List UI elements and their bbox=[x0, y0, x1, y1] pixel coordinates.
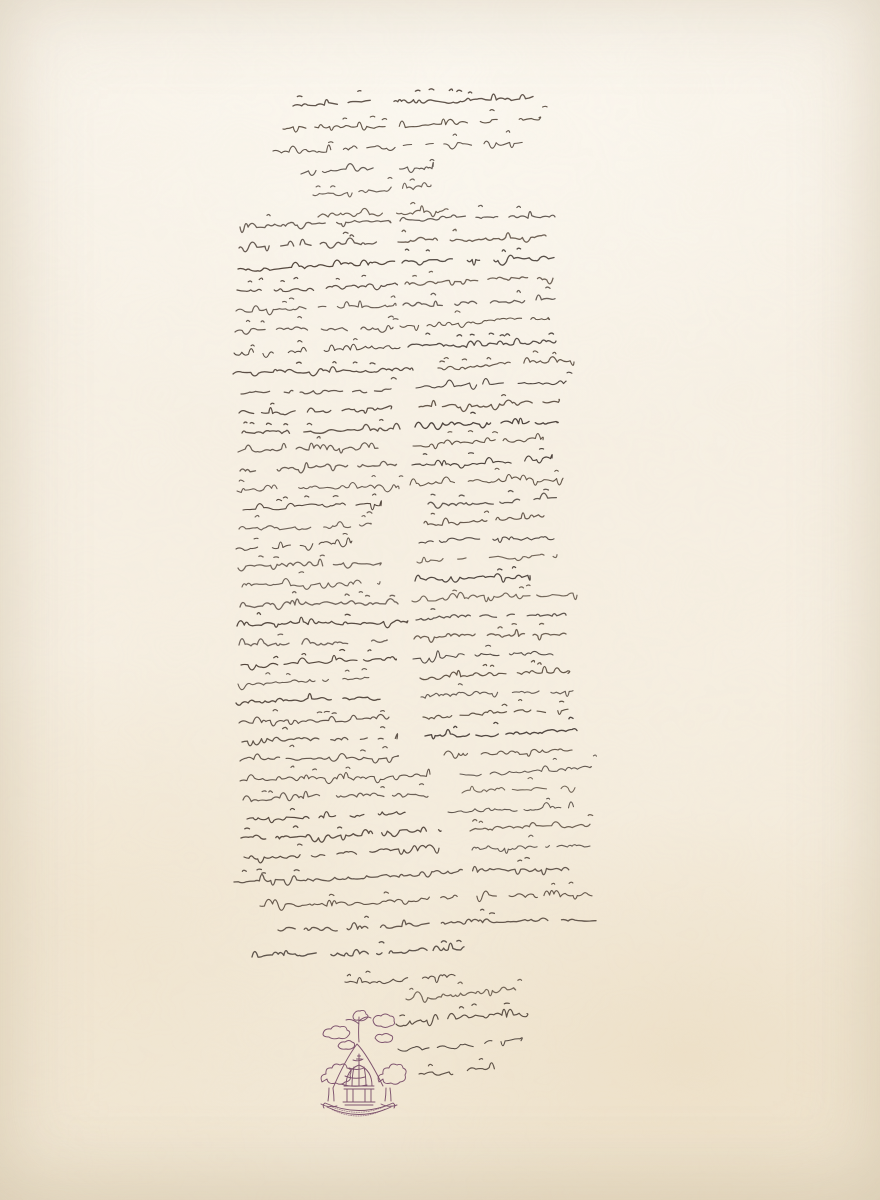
paper-fine-grain-layer bbox=[0, 0, 880, 1200]
seal-cloud-mid bbox=[338, 1041, 355, 1050]
handwriting-line bbox=[398, 229, 546, 242]
handwriting-line bbox=[260, 882, 592, 910]
handwriting-line bbox=[238, 260, 395, 271]
seal-tree-left-trunk bbox=[328, 1088, 334, 1101]
handwriting-lines bbox=[233, 89, 596, 1075]
handwriting-line bbox=[237, 613, 408, 628]
handwriting-line bbox=[438, 351, 574, 370]
seal-base-steps bbox=[343, 1102, 375, 1105]
handwriting-line bbox=[400, 311, 550, 331]
handwriting-line bbox=[414, 623, 566, 642]
handwriting-line bbox=[278, 909, 596, 931]
handwriting-line bbox=[416, 372, 572, 389]
seal-mondop-dome bbox=[346, 1065, 372, 1086]
handwriting-line bbox=[236, 296, 396, 315]
seal-mondop-ribs bbox=[352, 1066, 366, 1086]
handwriting-line bbox=[408, 333, 556, 347]
handwriting-line bbox=[283, 106, 547, 132]
handwriting-line bbox=[424, 511, 544, 525]
handwriting-line bbox=[240, 461, 397, 472]
handwriting-line bbox=[417, 554, 557, 563]
seal-tree-right-trunk bbox=[385, 1088, 391, 1101]
seal-tree-top-canopy bbox=[353, 1010, 368, 1020]
handwriting-line bbox=[240, 592, 398, 610]
handwriting-line bbox=[239, 232, 376, 251]
seal-tree-left-canopy bbox=[321, 1064, 351, 1084]
handwriting-line bbox=[420, 660, 570, 679]
handwriting-line bbox=[252, 940, 464, 957]
handwriting-line bbox=[240, 745, 398, 763]
handwriting-layer bbox=[0, 0, 880, 1200]
seal-buddha-head bbox=[358, 1090, 361, 1093]
seal-hill bbox=[333, 1044, 383, 1088]
handwriting-line bbox=[273, 131, 522, 154]
seal-banner-microtext-2 bbox=[332, 1109, 386, 1117]
seal-ground-tufts bbox=[321, 1104, 397, 1107]
handwriting-line bbox=[403, 287, 555, 306]
handwriting-line bbox=[406, 979, 522, 1002]
handwriting-line bbox=[242, 727, 398, 746]
document-description: A single aged paper page fully covered b… bbox=[0, 0, 1, 1]
handwriting-line bbox=[239, 403, 392, 415]
seal-mondop-entablature bbox=[344, 1086, 374, 1089]
seal-buddha-image bbox=[357, 1093, 362, 1100]
handwriting-line bbox=[243, 494, 381, 510]
handwriting-line bbox=[239, 710, 389, 726]
handwriting-line bbox=[236, 694, 380, 706]
paper-grain-texture bbox=[0, 0, 880, 1200]
handwriting-line bbox=[244, 844, 439, 863]
handwriting-line bbox=[396, 1003, 528, 1026]
handwriting-line bbox=[237, 275, 397, 291]
handwriting-line bbox=[419, 537, 554, 543]
handwriting-line bbox=[313, 178, 431, 197]
handwriting-line bbox=[318, 202, 448, 217]
handwriting-line bbox=[241, 377, 396, 394]
handwriting-line bbox=[412, 449, 552, 469]
handwriting-line bbox=[237, 476, 403, 493]
handwriting-line bbox=[444, 749, 572, 758]
seal-mondop-spire bbox=[357, 1054, 362, 1065]
temple-seal-stamp bbox=[321, 1010, 406, 1116]
paper-blotch-layer bbox=[0, 0, 880, 1200]
handwriting-line bbox=[423, 700, 568, 720]
seal-cloud-left bbox=[323, 1026, 350, 1039]
handwriting-line bbox=[472, 835, 590, 853]
handwriting-line bbox=[293, 89, 533, 106]
handwriting-line bbox=[412, 585, 577, 602]
handwriting-line bbox=[413, 645, 553, 663]
seal-tree-top bbox=[346, 1017, 371, 1042]
handwriting-line bbox=[239, 512, 372, 530]
seal-cloud-right bbox=[373, 1014, 395, 1028]
seal-mondop-columns bbox=[347, 1089, 371, 1102]
handwriting-line bbox=[234, 857, 569, 885]
handwriting-line bbox=[242, 572, 380, 590]
handwriting-line bbox=[400, 205, 555, 221]
handwriting-line bbox=[241, 826, 441, 842]
handwriting-line bbox=[405, 271, 553, 285]
handwriting-line bbox=[242, 419, 400, 433]
handwriting-line bbox=[425, 717, 577, 739]
handwriting-line bbox=[236, 534, 352, 551]
handwriting-line bbox=[241, 650, 396, 670]
handwriting-line bbox=[419, 395, 559, 412]
handwriting-line bbox=[428, 489, 556, 508]
handwriting-line bbox=[415, 567, 530, 583]
seal-hill-hatching bbox=[341, 1059, 367, 1086]
handwriting-line bbox=[460, 755, 596, 776]
handwriting-line bbox=[301, 159, 434, 175]
handwriting-line bbox=[470, 815, 593, 831]
handwriting-line bbox=[413, 431, 543, 449]
handwriting-line bbox=[243, 784, 428, 802]
seal-banner-microtext-1 bbox=[330, 1105, 388, 1112]
handwriting-line bbox=[240, 766, 430, 784]
seal-banner-arcs bbox=[323, 1103, 395, 1115]
handwriting-line bbox=[421, 684, 573, 698]
handwriting-line bbox=[235, 316, 398, 334]
handwriting-line bbox=[462, 777, 575, 793]
handwriting-line bbox=[416, 609, 566, 620]
handwriting-line bbox=[345, 971, 455, 983]
seal-tree-right-canopy bbox=[378, 1064, 406, 1084]
seal-cloud-right-low bbox=[375, 1034, 393, 1043]
handwriting-line bbox=[238, 555, 381, 571]
manuscript-page: A single aged paper page fully covered b… bbox=[0, 0, 880, 1200]
handwriting-line bbox=[419, 1059, 494, 1076]
handwriting-line bbox=[238, 669, 369, 690]
handwriting-line bbox=[448, 798, 574, 812]
handwriting-line bbox=[240, 214, 391, 232]
handwriting-line bbox=[410, 468, 563, 486]
handwriting-line bbox=[398, 1038, 522, 1051]
handwriting-line bbox=[402, 248, 554, 265]
handwriting-line bbox=[233, 362, 413, 376]
handwriting-line bbox=[247, 808, 405, 822]
handwriting-line bbox=[239, 634, 387, 646]
handwriting-line bbox=[234, 339, 400, 358]
handwriting-line bbox=[238, 437, 378, 453]
handwriting-line bbox=[415, 412, 558, 429]
